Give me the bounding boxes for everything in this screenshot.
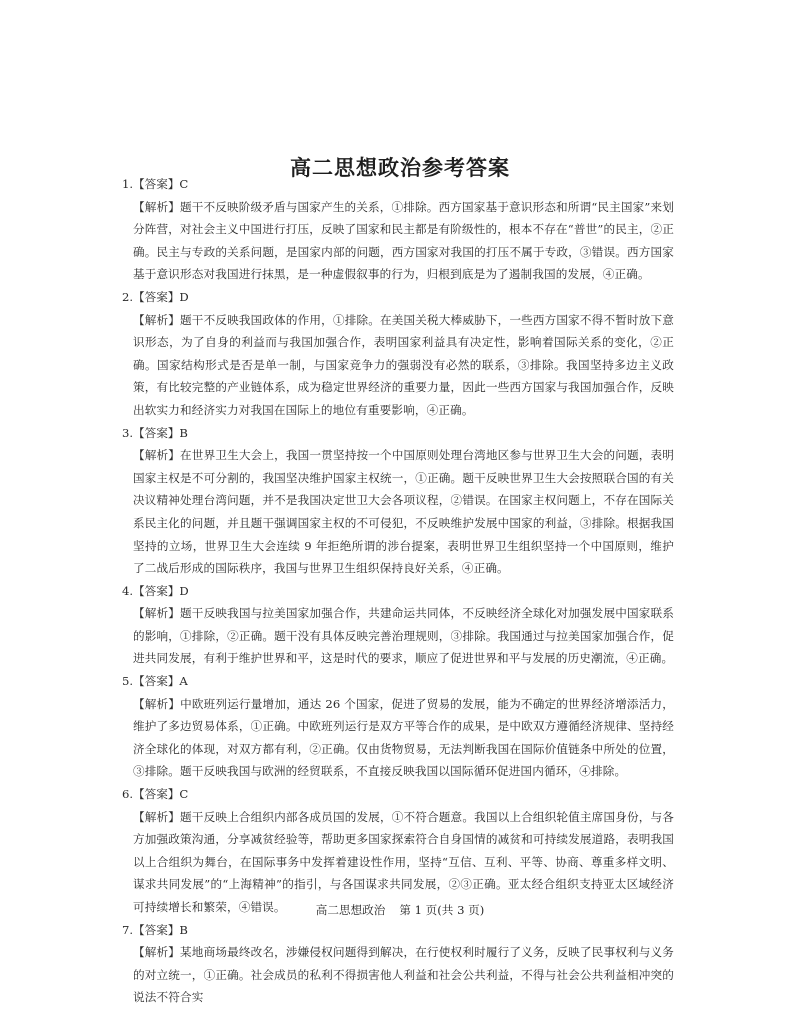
- answer-key: 7.【答案】B: [122, 919, 674, 942]
- answer-item-7: 7.【答案】B 【解析】某地商场最终改名，涉嫌侵权问题得到解决，在行使权利时履行…: [122, 919, 674, 1009]
- page-footer: 高二思想政治第 1 页(共 3 页): [0, 902, 800, 918]
- answer-analysis: 【解析】题干不反映我国政体的作用，①排除。在美国关税大棒威胁下，一些西方国家不得…: [122, 309, 674, 422]
- answer-item-5: 5.【答案】A 【解析】中欧班列运行量增加，通达 26 个国家，促进了贸易的发展…: [122, 670, 674, 783]
- footer-subject: 高二思想政治: [316, 903, 386, 917]
- answer-key: 4.【答案】D: [122, 580, 674, 603]
- answer-list: 1.【答案】C 【解析】题干不反映阶级矛盾与国家产生的关系，①排除。西方国家基于…: [122, 173, 674, 1009]
- answer-key: 1.【答案】C: [122, 173, 674, 196]
- answer-analysis: 【解析】中欧班列运行量增加，通达 26 个国家，促进了贸易的发展，能为不确定的世…: [122, 693, 674, 783]
- answer-analysis: 【解析】题干反映我国与拉美国家加强合作，共建命运共同体，不反映经济全球化对加强发…: [122, 602, 674, 670]
- answer-key: 2.【答案】D: [122, 286, 674, 309]
- answer-key: 3.【答案】B: [122, 422, 674, 445]
- answer-item-3: 3.【答案】B 【解析】在世界卫生大会上，我国一贯坚持按一个中国原则处理台湾地区…: [122, 422, 674, 580]
- answer-item-6: 6.【答案】C 【解析】题干反映上合组织内部各成员国的发展，①不符合题意。我国以…: [122, 783, 674, 919]
- answer-key: 6.【答案】C: [122, 783, 674, 806]
- answer-analysis: 【解析】在世界卫生大会上，我国一贯坚持按一个中国原则处理台湾地区参与世界卫生大会…: [122, 444, 674, 580]
- answer-analysis: 【解析】某地商场最终改名，涉嫌侵权问题得到解决，在行使权利时履行了义务，反映了民…: [122, 941, 674, 1009]
- answer-item-4: 4.【答案】D 【解析】题干反映我国与拉美国家加强合作，共建命运共同体，不反映经…: [122, 580, 674, 670]
- answer-key: 5.【答案】A: [122, 670, 674, 693]
- answer-item-1: 1.【答案】C 【解析】题干不反映阶级矛盾与国家产生的关系，①排除。西方国家基于…: [122, 173, 674, 286]
- answer-item-2: 2.【答案】D 【解析】题干不反映我国政体的作用，①排除。在美国关税大棒威胁下，…: [122, 286, 674, 422]
- page-number: 第 1 页(共 3 页): [399, 903, 484, 917]
- answer-analysis: 【解析】题干不反映阶级矛盾与国家产生的关系，①排除。西方国家基于意识形态和所谓“…: [122, 196, 674, 286]
